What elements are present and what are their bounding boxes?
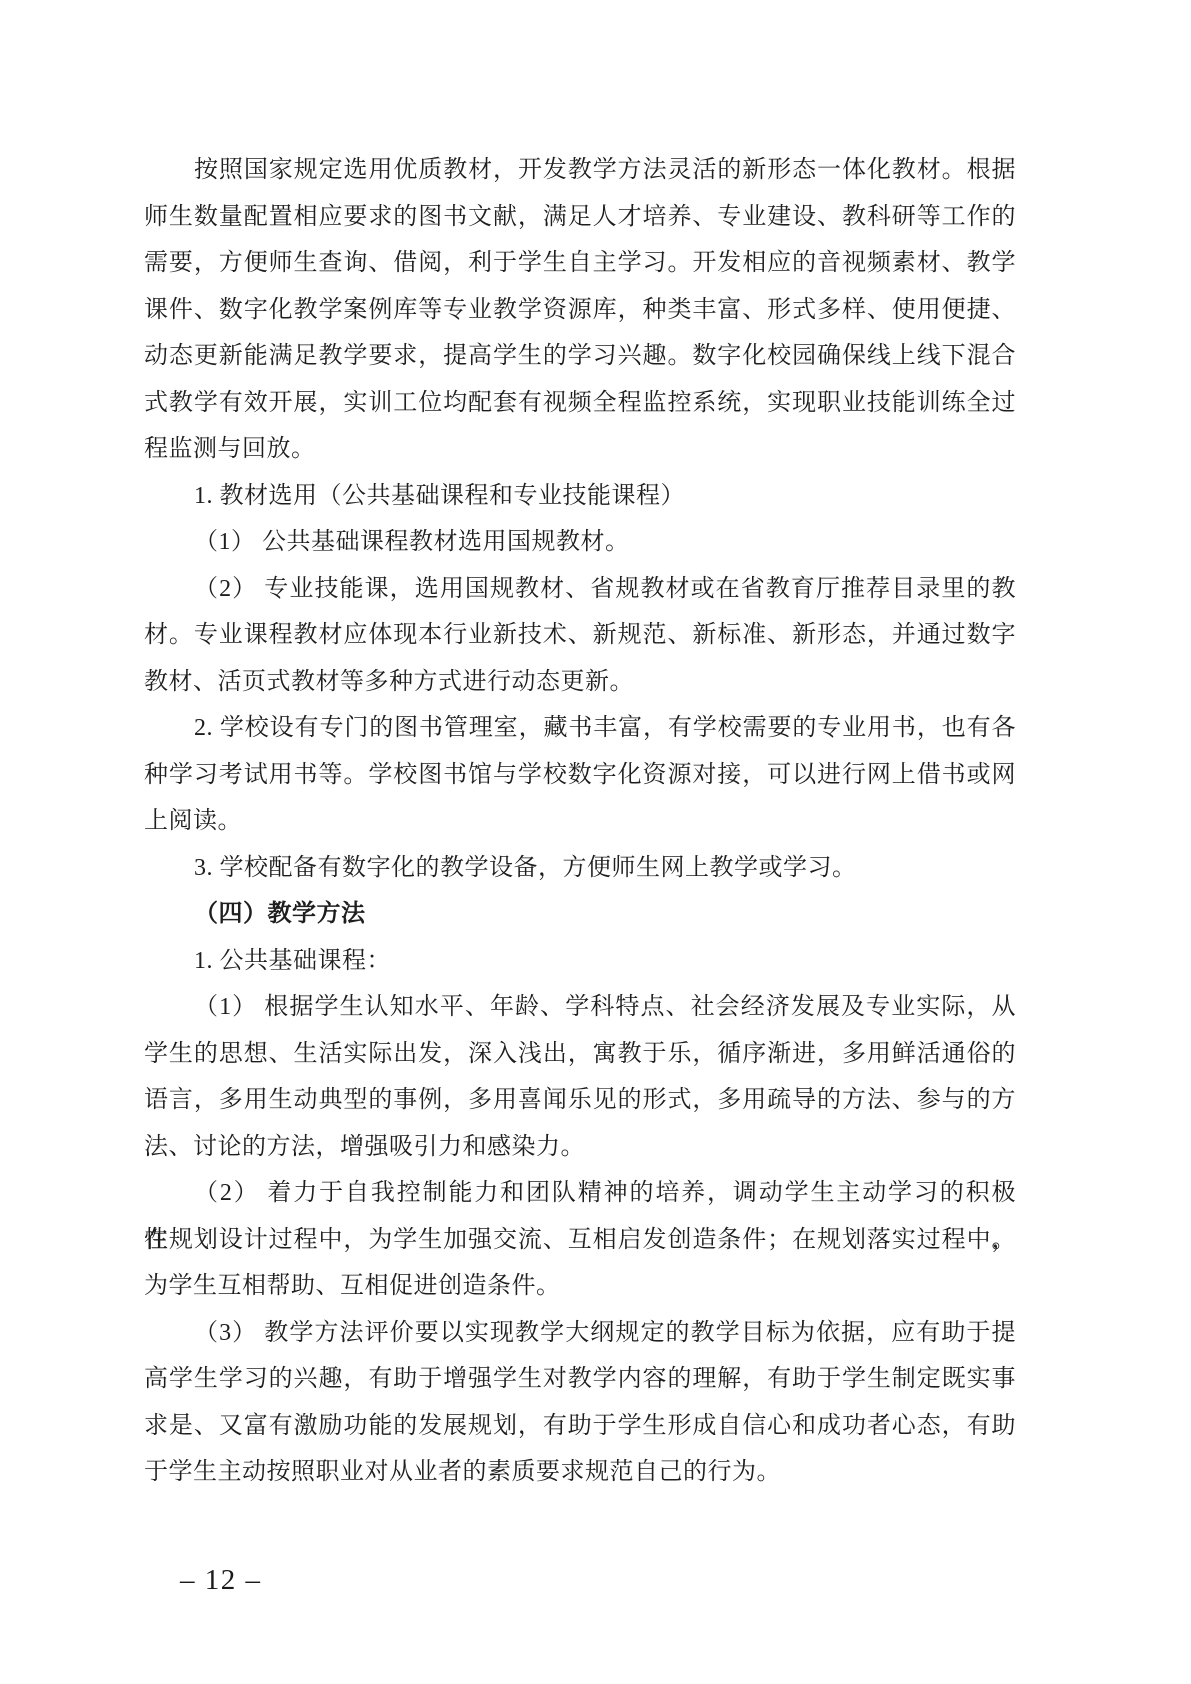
- text-line: 高学生学习的兴趣，有助于增强学生对教学内容的理解，有助于学生制定既实事: [144, 1356, 1016, 1403]
- text-line: 语言，多用生动典型的事例，多用喜闻乐见的形式，多用疏导的方法、参与的方: [144, 1077, 1016, 1124]
- text-line: 法、讨论的方法，增强吸引力和感染力。: [144, 1124, 1016, 1171]
- list-item-line: （2） 着力于自我控制能力和团队精神的培养，调动学生主动学习的积极性。: [144, 1170, 1016, 1217]
- page-number: – 12 –: [180, 1560, 262, 1600]
- list-item-line: 2. 学校设有专门的图书管理室，藏书丰富，有学校需要的专业用书，也有各: [144, 705, 1016, 752]
- text-line: 课件、数字化教学案例库等专业教学资源库，种类丰富、形式多样、使用便捷、: [144, 287, 1016, 334]
- text-line: 动态更新能满足教学要求，提高学生的学习兴趣。数字化校园确保线上线下混合: [144, 333, 1016, 380]
- text-line: 学生的思想、生活实际出发，深入浅出，寓教于乐，循序渐进，多用鲜活通俗的: [144, 1031, 1016, 1078]
- list-item-line: （1） 公共基础课程教材选用国规教材。: [144, 519, 1016, 566]
- list-item-line: （1） 根据学生认知水平、年龄、学科特点、社会经济发展及专业实际，从: [144, 984, 1016, 1031]
- list-item-line: 3. 学校配备有数字化的教学设备，方便师生网上教学或学习。: [144, 845, 1016, 892]
- text-line: 式教学有效开展，实训工位均配套有视频全程监控系统，实现职业技能训练全过: [144, 380, 1016, 427]
- text-line: 于学生主动按照职业对从业者的素质要求规范自己的行为。: [144, 1449, 1016, 1496]
- text-line: 上阅读。: [144, 798, 1016, 845]
- text-line: 教材、活页式教材等多种方式进行动态更新。: [144, 659, 1016, 706]
- document-page: 按照国家规定选用优质教材，开发教学方法灵活的新形态一体化教材。根据 师生数量配置…: [0, 0, 1191, 1684]
- text-line: 材。专业课程教材应体现本行业新技术、新规范、新标准、新形态，并通过数字: [144, 612, 1016, 659]
- text-line: 在规划设计过程中，为学生加强交流、互相启发创造条件；在规划落实过程中，: [144, 1217, 1016, 1264]
- text-line: 师生数量配置相应要求的图书文献，满足人才培养、专业建设、教科研等工作的: [144, 194, 1016, 241]
- list-item-line: （3） 教学方法评价要以实现教学大纲规定的教学目标为依据，应有助于提: [144, 1310, 1016, 1357]
- text-line: 按照国家规定选用优质教材，开发教学方法灵活的新形态一体化教材。根据: [144, 147, 1016, 194]
- list-item-line: 1. 公共基础课程：: [144, 938, 1016, 985]
- section-heading: （四）教学方法: [144, 891, 1016, 938]
- text-line: 种学习考试用书等。学校图书馆与学校数字化资源对接，可以进行网上借书或网: [144, 752, 1016, 799]
- document-body: 按照国家规定选用优质教材，开发教学方法灵活的新形态一体化教材。根据 师生数量配置…: [144, 147, 1016, 1496]
- list-item-line: 1. 教材选用（公共基础课程和专业技能课程）: [144, 473, 1016, 520]
- text-line: 程监测与回放。: [144, 426, 1016, 473]
- text-line: 为学生互相帮助、互相促进创造条件。: [144, 1263, 1016, 1310]
- text-line: 需要，方便师生查询、借阅，利于学生自主学习。开发相应的音视频素材、教学: [144, 240, 1016, 287]
- list-item-line: （2） 专业技能课，选用国规教材、省规教材或在省教育厅推荐目录里的教: [144, 566, 1016, 613]
- text-line: 求是、又富有激励功能的发展规划，有助于学生形成自信心和成功者心态，有助: [144, 1403, 1016, 1450]
